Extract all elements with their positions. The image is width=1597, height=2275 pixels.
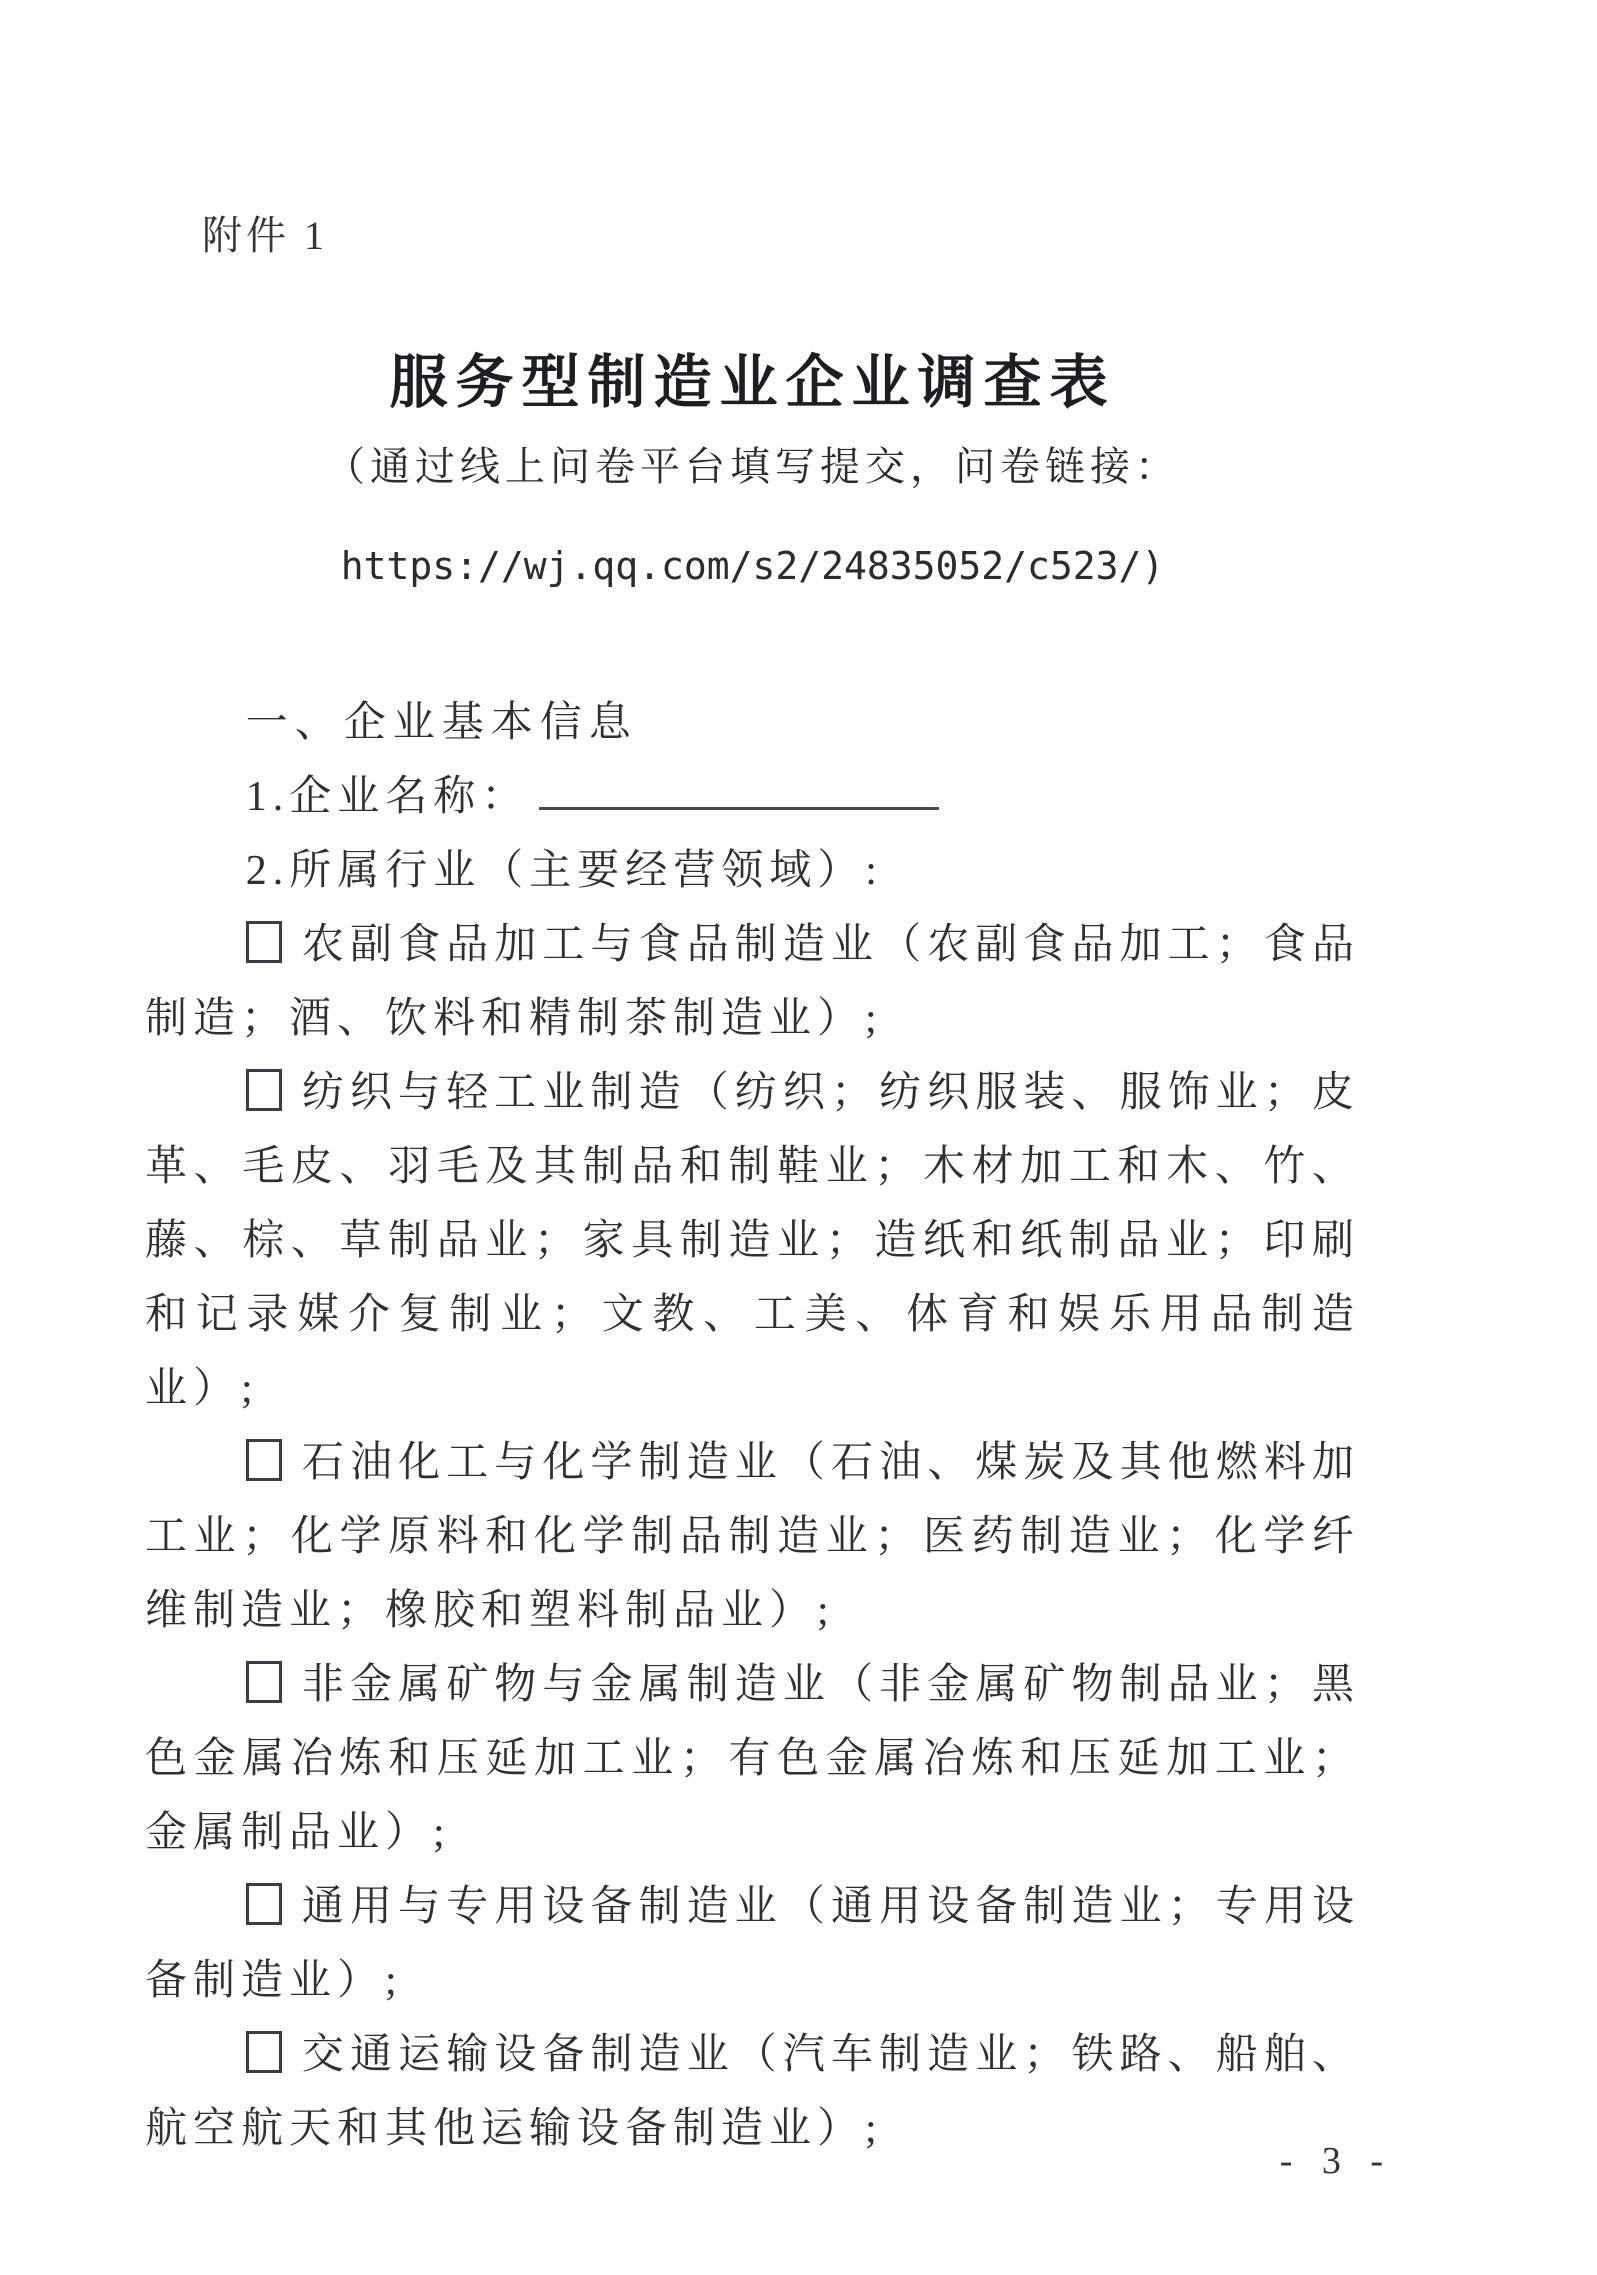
checkbox-icon [246, 1439, 282, 1481]
form-body: 一、企业基本信息 1.企业名称： 2.所属行业（主要经营领域）: 农副食品加工与… [145, 686, 1360, 2166]
industry-option: 非金属矿物与金属制造业（非金属矿物制品业；黑色金属冶炼和压延加工业；有色金属冶炼… [145, 1648, 1360, 1870]
industry-option-label: 交通运输设备制造业（汽车制造业；铁路、船舶、航空航天和其他运输设备制造业）; [145, 2032, 1360, 2152]
industry-option-label: 农副食品加工与食品制造业（农副食品加工；食品制造；酒、饮料和精制茶制造业）; [145, 922, 1360, 1042]
attachment-label: 附件 1 [202, 212, 1360, 260]
page-number: - 3 - [1280, 2139, 1385, 2183]
industry-option: 纺织与轻工业制造（纺织；纺织服装、服饰业；皮革、毛皮、羽毛及其制品和制鞋业；木材… [145, 1056, 1360, 1426]
document-title: 服务型制造业企业调查表 [145, 352, 1360, 414]
questionnaire-url: https://wj.qq.com/s2/24835052/c523/) [145, 540, 1360, 592]
industry-option-label: 通用与专用设备制造业（通用设备制造业；专用设备制造业）; [145, 1884, 1360, 2004]
question-company-name: 1.企业名称： [145, 760, 1360, 834]
checkbox-icon [246, 2031, 282, 2073]
industry-option-label: 纺织与轻工业制造（纺织；纺织服装、服饰业；皮革、毛皮、羽毛及其制品和制鞋业；木材… [145, 1070, 1360, 1412]
company-name-label: 1.企业名称： [246, 774, 530, 820]
industry-option-label: 非金属矿物与金属制造业（非金属矿物制品业；黑色金属冶炼和压延加工业；有色金属冶炼… [145, 1662, 1360, 1856]
scanned-document-page: 附件 1 服务型制造业企业调查表 （通过线上问卷平台填写提交，问卷链接： htt… [0, 0, 1597, 2275]
industry-option: 交通运输设备制造业（汽车制造业；铁路、船舶、航空航天和其他运输设备制造业）; [145, 2018, 1360, 2166]
checkbox-icon [246, 921, 282, 963]
section-heading: 一、企业基本信息 [145, 686, 1360, 760]
industry-option: 通用与专用设备制造业（通用设备制造业；专用设备制造业）; [145, 1870, 1360, 2018]
company-name-blank [539, 765, 939, 810]
checkbox-icon [246, 1661, 282, 1703]
industry-option: 石油化工与化学制造业（石油、煤炭及其他燃料加工业；化学原料和化学制品制造业；医药… [145, 1426, 1360, 1648]
industry-option-label: 石油化工与化学制造业（石油、煤炭及其他燃料加工业；化学原料和化学制品制造业；医药… [145, 1440, 1360, 1634]
checkbox-icon [246, 1883, 282, 1925]
document-subtitle: （通过线上问卷平台填写提交，问卷链接： [145, 442, 1360, 492]
industry-option: 农副食品加工与食品制造业（农副食品加工；食品制造；酒、饮料和精制茶制造业）; [145, 908, 1360, 1056]
checkbox-icon [246, 1069, 282, 1111]
question-industry-label: 2.所属行业（主要经营领域）: [145, 834, 1360, 908]
